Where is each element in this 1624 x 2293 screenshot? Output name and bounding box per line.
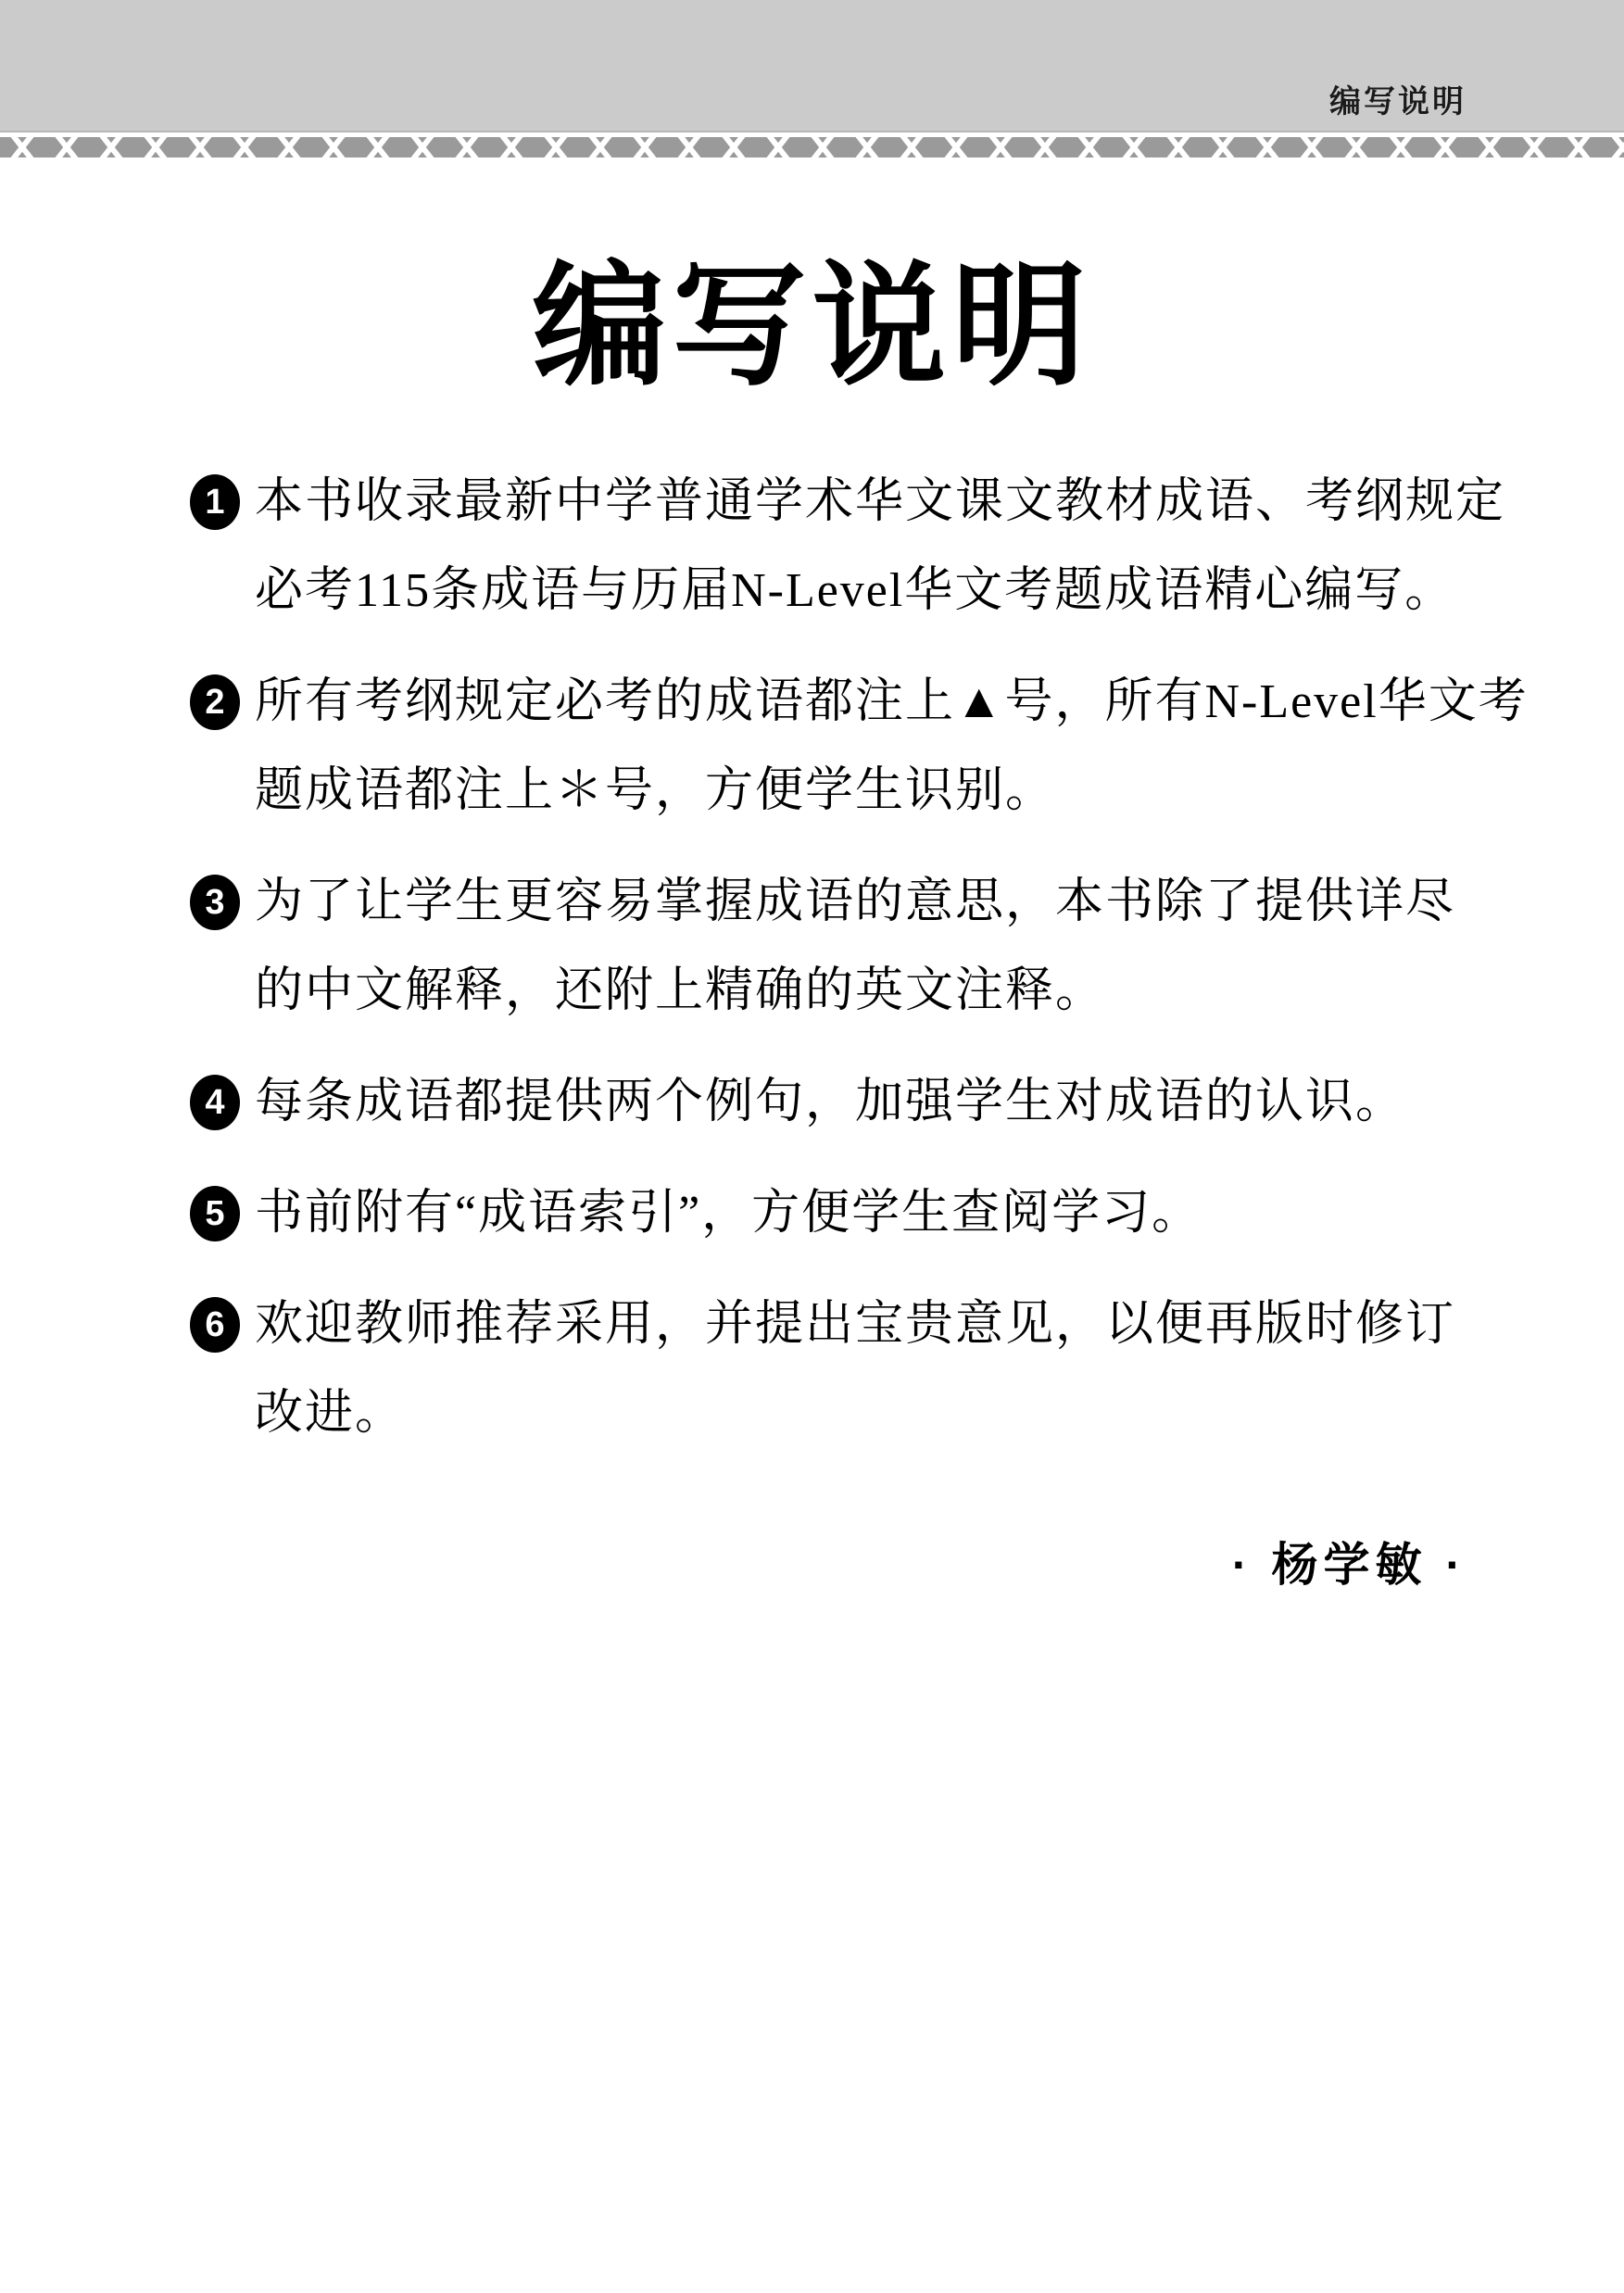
circled-number-6-icon: 6 <box>190 1297 240 1353</box>
bullet-digit: 4 <box>205 1058 224 1147</box>
bullet-digit: 3 <box>205 858 224 947</box>
bullet-digit: 1 <box>205 458 224 547</box>
note-text-line: 书前附有“成语索引”，方便学生查阅学习。 <box>255 1169 1624 1258</box>
note-text-line: 题成语都注上＊号，方便学生识别。 <box>255 747 1624 836</box>
running-header-label: 编写说明 <box>1329 84 1467 120</box>
circled-number-1-icon: 1 <box>190 474 240 530</box>
notes-list: 1 本书收录最新中学普通学术华文课文教材成语、考纲规定 必考115条成语与历届N… <box>0 458 1624 1458</box>
note-text-line: 改进。 <box>255 1369 1624 1458</box>
circled-number-4-icon: 4 <box>190 1075 240 1130</box>
circled-number-2-icon: 2 <box>190 674 240 730</box>
bullet-digit: 5 <box>205 1169 224 1258</box>
circled-number-3-icon: 3 <box>190 875 240 930</box>
note-text-line: 所有考纲规定必考的成语都注上▲号，所有N-Level华文考 <box>255 658 1624 747</box>
note-item-2: 2 所有考纲规定必考的成语都注上▲号，所有N-Level华文考 题成语都注上＊号… <box>0 658 1624 836</box>
bullet-digit: 6 <box>205 1280 224 1369</box>
lattice-pattern-icon <box>0 137 1624 157</box>
note-item-3: 3 为了让学生更容易掌握成语的意思，本书除了提供详尽 的中文解释，还附上精确的英… <box>0 858 1624 1036</box>
note-text-line: 必考115条成语与历届N-Level华文考题成语精心编写。 <box>255 547 1624 636</box>
note-text-line: 的中文解释，还附上精确的英文注释。 <box>255 947 1624 1036</box>
bullet-digit: 2 <box>205 658 224 747</box>
note-text-line: 本书收录最新中学普通学术华文课文教材成语、考纲规定 <box>255 458 1624 547</box>
note-item-4: 4 每条成语都提供两个例句，加强学生对成语的认识。 <box>0 1058 1624 1147</box>
page-title: 编写说明 <box>0 246 1624 407</box>
note-text-line: 欢迎教师推荐采用，并提出宝贵意见，以便再版时修订 <box>255 1280 1624 1369</box>
circled-number-5-icon: 5 <box>190 1186 240 1241</box>
note-item-6: 6 欢迎教师推荐采用，并提出宝贵意见，以便再版时修订 改进。 <box>0 1280 1624 1458</box>
page-header-band: 编写说明 <box>0 0 1624 132</box>
author-signature: · 杨学敏 · <box>0 1528 1624 1594</box>
note-text-line: 每条成语都提供两个例句，加强学生对成语的认识。 <box>255 1058 1624 1147</box>
note-text-line: 为了让学生更容易掌握成语的意思，本书除了提供详尽 <box>255 858 1624 947</box>
decorative-lattice-border <box>0 137 1624 157</box>
note-item-5: 5 书前附有“成语索引”，方便学生查阅学习。 <box>0 1169 1624 1258</box>
note-item-1: 1 本书收录最新中学普通学术华文课文教材成语、考纲规定 必考115条成语与历届N… <box>0 458 1624 636</box>
